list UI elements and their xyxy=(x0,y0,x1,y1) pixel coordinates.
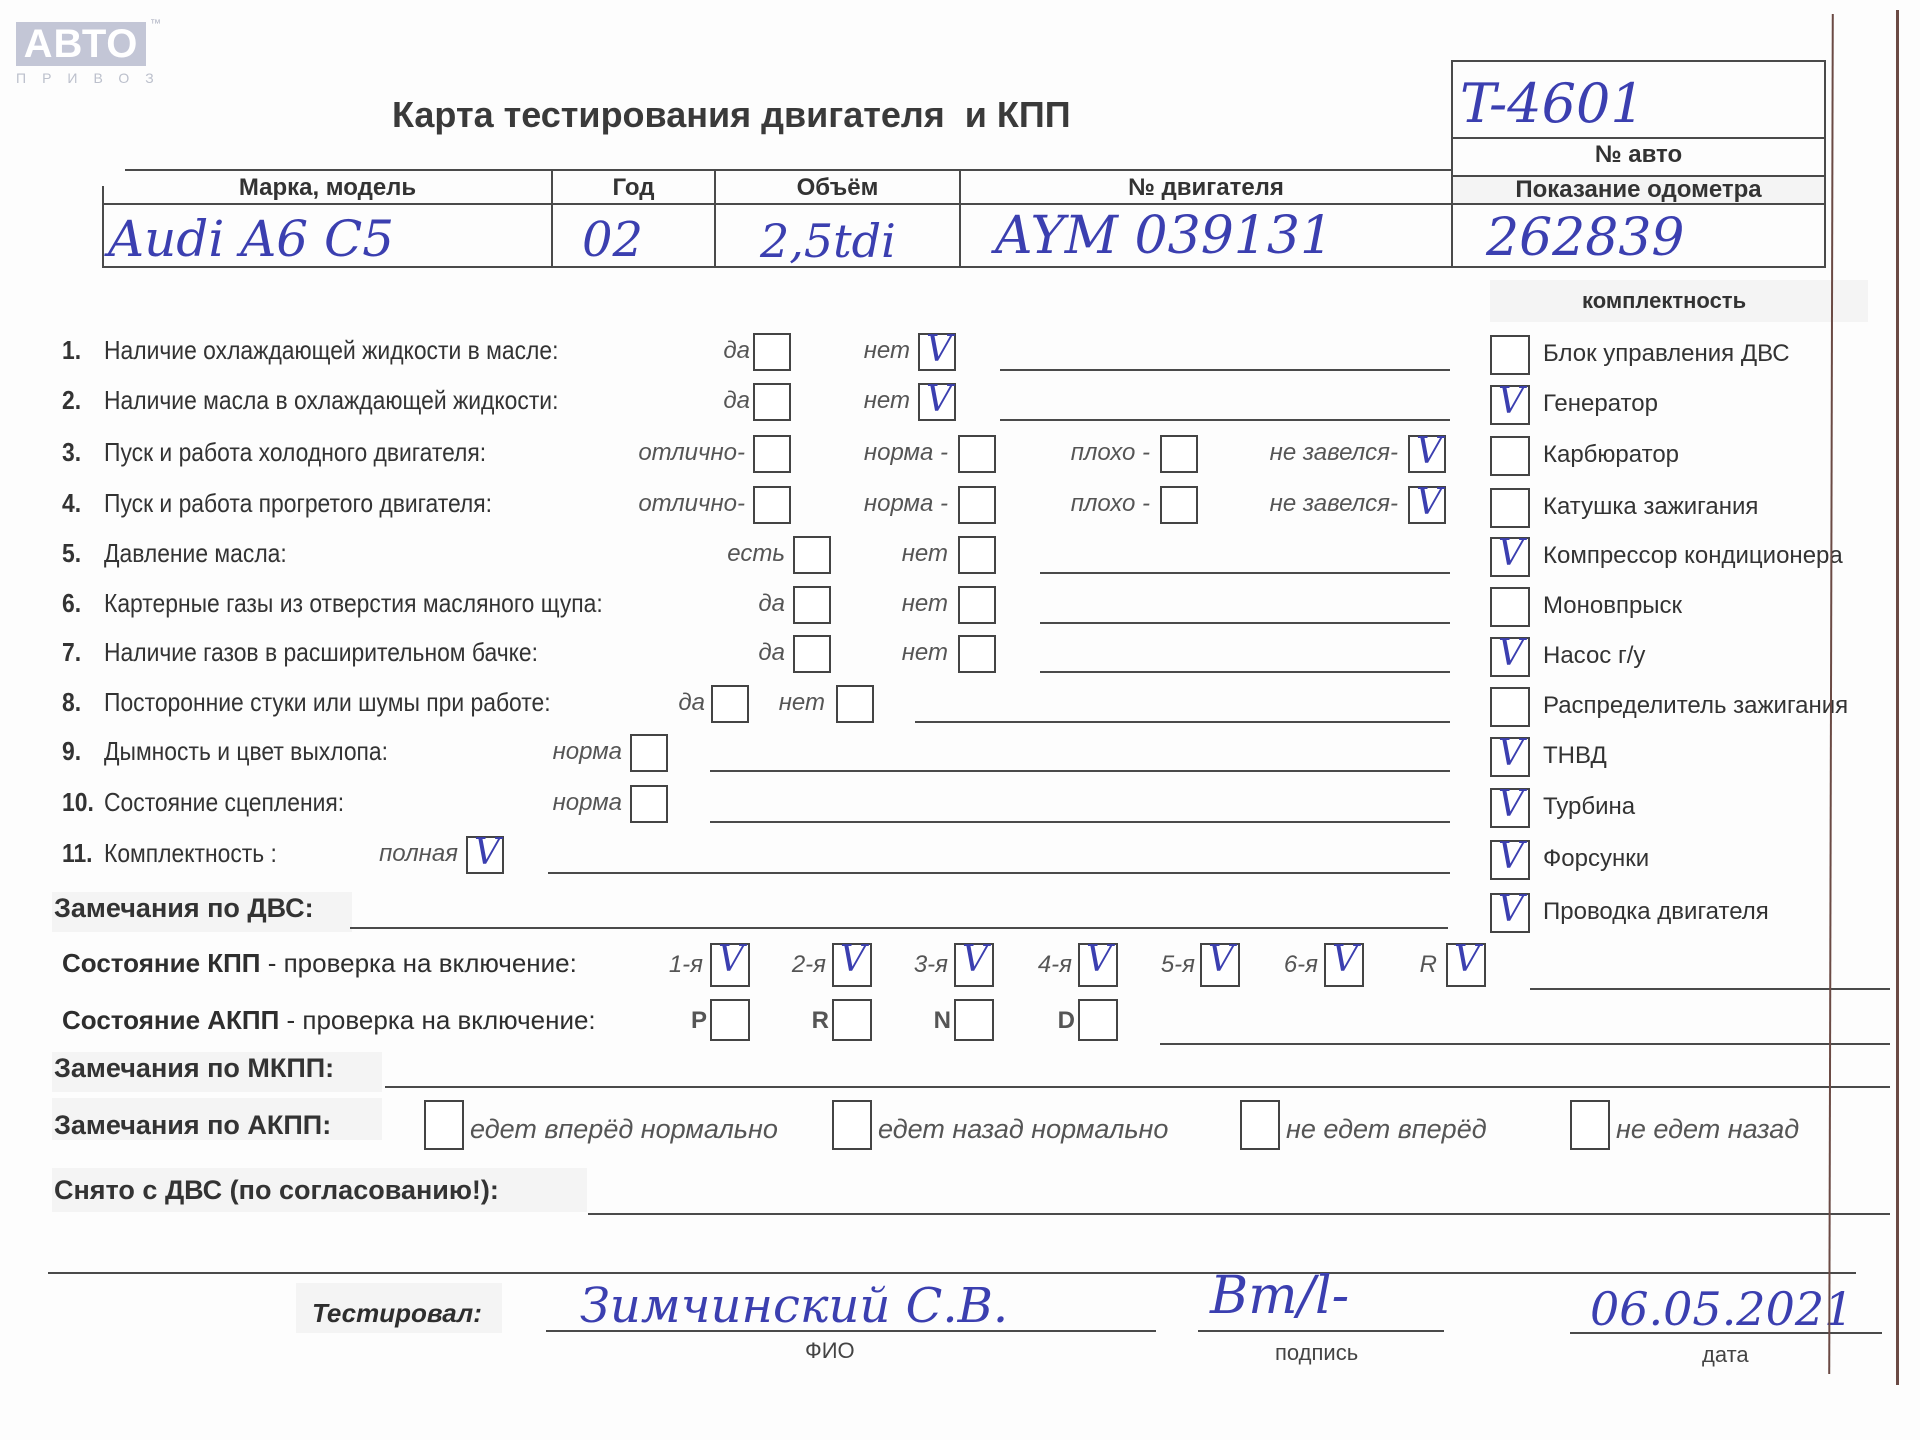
name-line xyxy=(546,1330,1156,1332)
signature[interactable]: Bm/l- xyxy=(1210,1266,1349,1326)
check-number: 8. xyxy=(62,687,81,718)
year-value[interactable]: 02 xyxy=(582,212,643,268)
odometer-value[interactable]: 262839 xyxy=(1486,208,1685,268)
akpp-remark-checkbox[interactable] xyxy=(424,1100,464,1150)
check-number: 3. xyxy=(62,437,81,468)
car-number-value[interactable]: T-4601 xyxy=(1460,72,1645,135)
notes-line[interactable] xyxy=(1000,369,1450,371)
kit-item-label: Карбюратор xyxy=(1543,441,1679,469)
checkbox[interactable] xyxy=(836,685,874,723)
akpp-position-checkbox[interactable] xyxy=(1078,999,1118,1041)
kit-item-label: Проводка двигателя xyxy=(1543,898,1769,926)
option-label: нет xyxy=(748,590,948,618)
option-label: нет xyxy=(710,387,910,415)
option-label: не завелся- xyxy=(1198,490,1398,518)
check-number: 1. xyxy=(62,335,81,366)
kit-item-label: Распределитель зажигания xyxy=(1543,692,1848,720)
margin-line-outer xyxy=(1896,10,1899,1385)
option-label: плохо - xyxy=(950,490,1150,518)
akpp-remark-label: не едет вперёд xyxy=(1286,1114,1487,1145)
tester-name[interactable]: Зимчинский С.В. xyxy=(580,1278,1008,1334)
gear-checkbox[interactable] xyxy=(1446,943,1486,987)
kit-title: комплектность xyxy=(1582,288,1746,314)
checkbox[interactable] xyxy=(630,734,668,772)
manual-gearbox-label-bold: Состояние КПП xyxy=(62,948,261,978)
check-label: Наличие охлаждающей жидкости в масле: xyxy=(104,335,558,366)
akpp-position-checkbox[interactable] xyxy=(832,999,872,1041)
akpp-position-label: D xyxy=(1035,1007,1075,1035)
date-caption: дата xyxy=(1702,1342,1749,1368)
auto-gearbox-label-rest: - проверка на включение: xyxy=(279,1005,595,1035)
page-title: Карта тестирования двигателя и КПП xyxy=(392,94,1071,136)
notes-line[interactable] xyxy=(915,721,1450,723)
checkbox[interactable] xyxy=(1160,486,1198,524)
kit-item-label: Блок управления ДВС xyxy=(1543,340,1790,368)
col-header-engine-number: № двигателя xyxy=(961,174,1451,202)
volume-value[interactable]: 2,5tdi xyxy=(760,214,896,268)
check-label: Наличие газов в расширительном бачке: xyxy=(104,637,538,668)
check-label: Посторонние стуки или шумы при работе: xyxy=(104,687,551,718)
model-value[interactable]: Audi A6 C5 xyxy=(108,210,394,268)
kit-checkbox[interactable] xyxy=(1490,587,1530,627)
option-label: плохо - xyxy=(950,439,1150,467)
akpp-remarks-label: Замечания по АКПП: xyxy=(54,1110,331,1141)
kit-item-label: Форсунки xyxy=(1543,845,1649,873)
kit-checkbox[interactable] xyxy=(1490,537,1530,577)
notes-line[interactable] xyxy=(548,872,1450,874)
kit-checkbox[interactable] xyxy=(1490,335,1530,375)
option-label: отлично- xyxy=(545,490,745,518)
odometer-label: Показание одометра xyxy=(1453,176,1824,204)
checkbox[interactable] xyxy=(1160,435,1198,473)
manual-gearbox-label: Состояние КПП - проверка на включение: xyxy=(62,948,577,979)
gear-label: 4-я xyxy=(992,951,1072,979)
footer-divider xyxy=(48,1272,1856,1274)
kit-checkbox[interactable] xyxy=(1490,788,1530,828)
notes-line[interactable] xyxy=(1000,419,1450,421)
checkbox[interactable] xyxy=(918,383,956,421)
logo-subtitle: ПРИВОЗ xyxy=(16,70,170,86)
akpp-position-checkbox[interactable] xyxy=(710,999,750,1041)
gear-checkbox[interactable] xyxy=(1200,943,1240,987)
gear-checkbox[interactable] xyxy=(954,943,994,987)
akpp-remark-label: не едет назад xyxy=(1616,1114,1799,1145)
engine-number-value[interactable]: AYM 039131 xyxy=(995,206,1333,266)
kit-item-label: Компрессор кондиционера xyxy=(1543,542,1843,570)
check-number: 10. xyxy=(62,787,94,818)
option-label: нет xyxy=(748,540,948,568)
check-label: Комплектность : xyxy=(104,838,277,869)
signature-caption: подпись xyxy=(1275,1340,1358,1366)
manual-gearbox-label-rest: - проверка на включение: xyxy=(261,948,577,978)
check-label: Пуск и работа прогретого двигателя: xyxy=(104,488,492,519)
notes-line[interactable] xyxy=(710,821,1450,823)
option-label: полная xyxy=(258,840,458,868)
option-label: норма xyxy=(422,738,622,766)
dvs-remarks-line[interactable] xyxy=(350,927,1448,929)
akpp-remark-checkbox[interactable] xyxy=(832,1100,872,1150)
kit-item-label: Катушка зажигания xyxy=(1543,493,1758,521)
option-label: нет xyxy=(748,639,948,667)
tested-label: Тестировал: xyxy=(312,1298,482,1329)
col-header-model: Марка, модель xyxy=(104,174,551,202)
akpp-position-label: P xyxy=(667,1007,707,1035)
checkbox[interactable] xyxy=(918,333,956,371)
car-number-label: № авто xyxy=(1453,141,1824,169)
notes-line[interactable] xyxy=(710,770,1450,772)
akpp-remark-checkbox[interactable] xyxy=(1570,1100,1610,1150)
check-number: 9. xyxy=(62,736,81,767)
gear-checkbox[interactable] xyxy=(1078,943,1118,987)
check-number: 4. xyxy=(62,488,81,519)
checkbox[interactable] xyxy=(1408,486,1446,524)
checkbox[interactable] xyxy=(1408,435,1446,473)
checkbox[interactable] xyxy=(958,635,996,673)
kit-checkbox[interactable] xyxy=(1490,488,1530,528)
option-label: нет xyxy=(625,689,825,717)
gear-label: 6-я xyxy=(1238,951,1318,979)
check-number: 7. xyxy=(62,637,81,668)
removed-line[interactable] xyxy=(588,1213,1890,1215)
removed-label: Снято с ДВС (по согласованию!): xyxy=(54,1175,499,1206)
check-label: Пуск и работа холодного двигателя: xyxy=(104,437,486,468)
option-label: отлично- xyxy=(545,439,745,467)
dvs-remarks-label: Замечания по ДВС: xyxy=(54,893,314,924)
option-label: норма xyxy=(422,789,622,817)
kit-checkbox[interactable] xyxy=(1490,385,1530,425)
check-number: 2. xyxy=(62,385,81,416)
manual-gearbox-line[interactable] xyxy=(1530,988,1890,990)
akpp-position-label: N xyxy=(911,1007,951,1035)
akpp-remark-label: едет вперёд нормально xyxy=(470,1114,778,1145)
akpp-position-checkbox[interactable] xyxy=(954,999,994,1041)
check-number: 5. xyxy=(62,538,81,569)
check-number: 6. xyxy=(62,588,81,619)
option-label: норма - xyxy=(748,439,948,467)
gear-label: 1-я xyxy=(623,951,703,979)
kit-checkbox[interactable] xyxy=(1490,737,1530,777)
kit-item-label: Генератор xyxy=(1543,390,1658,418)
col-header-year: Год xyxy=(553,174,714,202)
checkbox[interactable] xyxy=(958,536,996,574)
date-line xyxy=(1570,1332,1882,1334)
kit-item-label: ТНВД xyxy=(1543,742,1607,770)
gear-checkbox[interactable] xyxy=(710,943,750,987)
option-label: не завелся- xyxy=(1198,439,1398,467)
kit-checkbox[interactable] xyxy=(1490,687,1530,727)
name-caption: ФИО xyxy=(805,1338,855,1364)
checkbox[interactable] xyxy=(630,785,668,823)
auto-gearbox-label-bold: Состояние АКПП xyxy=(62,1005,279,1035)
notes-line[interactable] xyxy=(1040,572,1450,574)
akpp-position-label: R xyxy=(789,1007,829,1035)
option-label: нет xyxy=(710,337,910,365)
kit-item-label: Насос г/у xyxy=(1543,642,1645,670)
option-label: норма - xyxy=(748,490,948,518)
check-number: 11. xyxy=(62,838,93,869)
mkpp-remarks-line[interactable] xyxy=(385,1086,1890,1088)
signature-line xyxy=(1198,1330,1444,1332)
akpp-remark-checkbox[interactable] xyxy=(1240,1100,1280,1150)
kit-checkbox[interactable] xyxy=(1490,436,1530,476)
col-header-volume: Объём xyxy=(716,174,959,202)
mkpp-remarks-label: Замечания по МКПП: xyxy=(54,1053,334,1084)
kit-item-label: Турбина xyxy=(1543,793,1635,821)
gear-label: 5-я xyxy=(1115,951,1195,979)
check-label: Наличие масла в охлаждающей жидкости: xyxy=(104,385,558,416)
auto-gearbox-line[interactable] xyxy=(1160,1043,1890,1045)
gear-checkbox[interactable] xyxy=(832,943,872,987)
date-value[interactable]: 06.05.2021 xyxy=(1590,1282,1853,1336)
auto-gearbox-label: Состояние АКПП - проверка на включение: xyxy=(62,1005,596,1036)
logo: АВТО xyxy=(16,22,146,66)
notes-line[interactable] xyxy=(1040,671,1450,673)
notes-line[interactable] xyxy=(1040,622,1450,624)
check-label: Картерные газы из отверстия масляного щу… xyxy=(104,588,603,619)
gear-label: 2-я xyxy=(746,951,826,979)
checkbox[interactable] xyxy=(466,836,504,874)
check-label: Дымность и цвет выхлопа: xyxy=(104,736,388,767)
check-label: Давление масла: xyxy=(104,538,287,569)
gear-label: R xyxy=(1357,951,1437,979)
gear-label: 3-я xyxy=(868,951,948,979)
check-label: Состояние сцепления: xyxy=(104,787,344,818)
kit-checkbox[interactable] xyxy=(1490,893,1530,933)
kit-checkbox[interactable] xyxy=(1490,840,1530,880)
logo-trademark: ™ xyxy=(150,18,161,30)
kit-checkbox[interactable] xyxy=(1490,637,1530,677)
checkbox[interactable] xyxy=(958,586,996,624)
kit-item-label: Моновпрыск xyxy=(1543,592,1682,620)
akpp-remark-label: едет назад нормально xyxy=(878,1114,1168,1145)
